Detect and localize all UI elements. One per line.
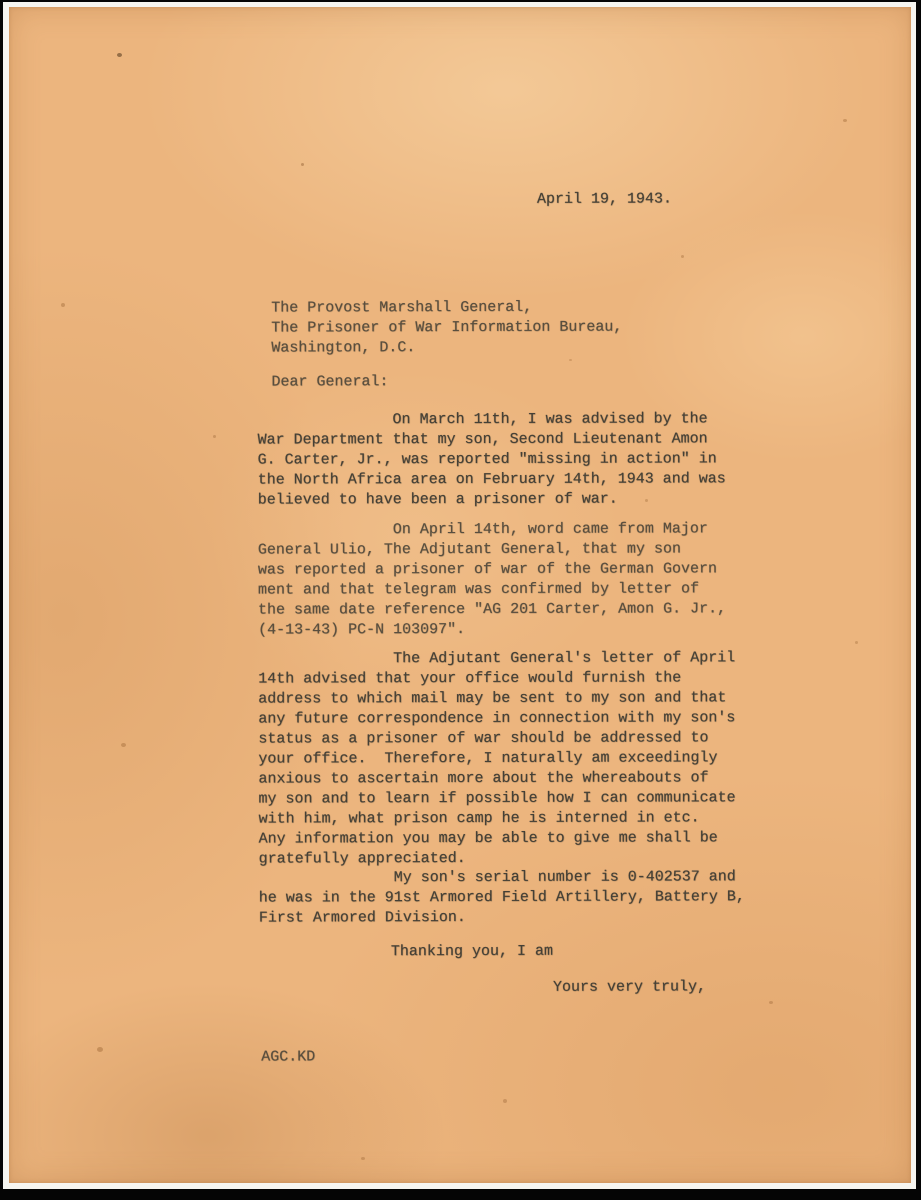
date-line: April 19, 1943.: [537, 189, 672, 209]
reference-initials: AGC.KD: [261, 1047, 315, 1067]
salutation: Dear General:: [271, 372, 388, 392]
scanned-letter-page: April 19, 1943. The Provost Marshall Gen…: [0, 0, 921, 1200]
letter-text-layer: April 19, 1943. The Provost Marshall Gen…: [0, 0, 921, 1200]
body-paragraph-4: My son's serial number is 0-402537 and h…: [259, 867, 745, 928]
body-paragraph-3: The Adjutant General's letter of April 1…: [258, 648, 736, 869]
recipient-address-block: The Provost Marshall General, The Prison…: [271, 298, 622, 359]
closing-phrase: Thanking you, I am: [391, 942, 553, 962]
body-paragraph-2: On April 14th, word came from Major Gene…: [258, 519, 726, 640]
body-paragraph-1: On March 11th, I was advised by the War …: [258, 409, 726, 510]
valediction: Yours very truly,: [553, 977, 706, 997]
